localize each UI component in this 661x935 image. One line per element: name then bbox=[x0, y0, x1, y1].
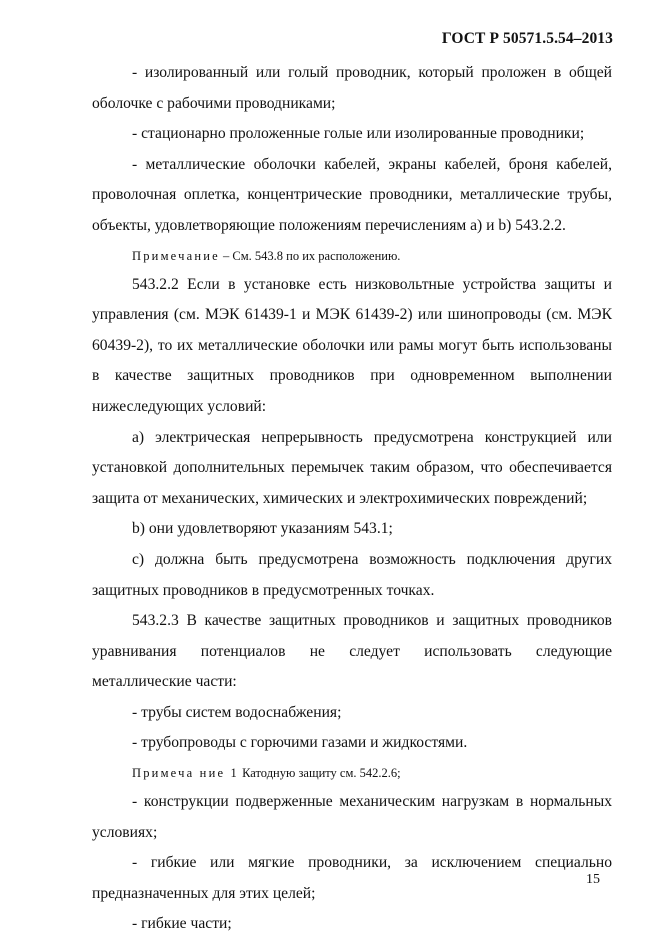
note-dash: – bbox=[220, 249, 233, 263]
text-line: c) должна быть предусмотрена возможность… bbox=[92, 545, 612, 576]
text-line: - стационарно проложенные голые или изол… bbox=[92, 119, 612, 150]
note-text: Катодную защиту см. 542.2.6; bbox=[239, 766, 401, 780]
text-line: проволочная оплетка, концентрические про… bbox=[92, 180, 612, 211]
text-line: оболочке с рабочими проводниками; bbox=[92, 89, 612, 120]
text-line: 60439-2), то их металлические оболочки и… bbox=[92, 331, 612, 362]
note-cathodic-protection: Примеча ние 1 Катодную защиту см. 542.2.… bbox=[92, 759, 612, 787]
text-line: в качестве защитных проводников при одно… bbox=[92, 361, 612, 392]
clause-543-2-2-and-543-2-3: 543.2.2 Если в установке есть низковольт… bbox=[92, 270, 612, 760]
text-line: металлические части: bbox=[92, 667, 612, 698]
text-line: уравнивания потенциалов не следует испол… bbox=[92, 637, 612, 668]
text-line: - металлические оболочки кабелей, экраны… bbox=[92, 150, 612, 181]
text-line: - конструкции подверженные механическим … bbox=[92, 787, 612, 818]
text-line: - трубы систем водоснабжения; bbox=[92, 698, 612, 729]
text-line: - изолированный или голый проводник, кот… bbox=[92, 58, 612, 89]
list-block-excluded-parts: - конструкции подверженные механическим … bbox=[92, 787, 612, 935]
text-line: условиях; bbox=[92, 818, 612, 849]
text-line: защитных проводников в предусмотренных т… bbox=[92, 576, 612, 607]
note-label: Примеча ние 1 bbox=[132, 766, 239, 780]
text-line: предназначенных для этих целей; bbox=[92, 879, 612, 910]
document-body: - изолированный или голый проводник, кот… bbox=[92, 58, 612, 935]
text-line: а) электрическая непрерывность предусмот… bbox=[92, 423, 612, 454]
text-line: установкой дополнительных перемычек таки… bbox=[92, 453, 612, 484]
text-line: b) они удовлетворяют указаниям 543.1; bbox=[92, 514, 612, 545]
document-header-standard-id: ГОСТ Р 50571.5.54–2013 bbox=[442, 30, 613, 48]
list-block-conductors: - изолированный или голый проводник, кот… bbox=[92, 58, 612, 242]
text-line: 543.2.2 Если в установке есть низковольт… bbox=[92, 270, 612, 301]
page-number: 15 bbox=[586, 872, 600, 888]
note-text: См. 543.8 по их расположению. bbox=[232, 249, 400, 263]
text-line: 543.2.3 В качестве защитных проводников … bbox=[92, 606, 612, 637]
note-543-8: Примечание – См. 543.8 по их расположени… bbox=[92, 242, 612, 270]
text-line: - гибкие или мягкие проводники, за исклю… bbox=[92, 848, 612, 879]
text-line: - трубопроводы с горючими газами и жидко… bbox=[92, 728, 612, 759]
text-line: - гибкие части; bbox=[92, 909, 612, 935]
text-line: управления (см. МЭК 61439-1 и МЭК 61439-… bbox=[92, 300, 612, 331]
text-line: объекты, удовлетворяющие положениям пере… bbox=[92, 211, 612, 242]
text-line: защита от механических, химических и эле… bbox=[92, 484, 612, 515]
note-label: Примечание bbox=[132, 249, 220, 263]
text-line: нижеследующих условий: bbox=[92, 392, 612, 423]
